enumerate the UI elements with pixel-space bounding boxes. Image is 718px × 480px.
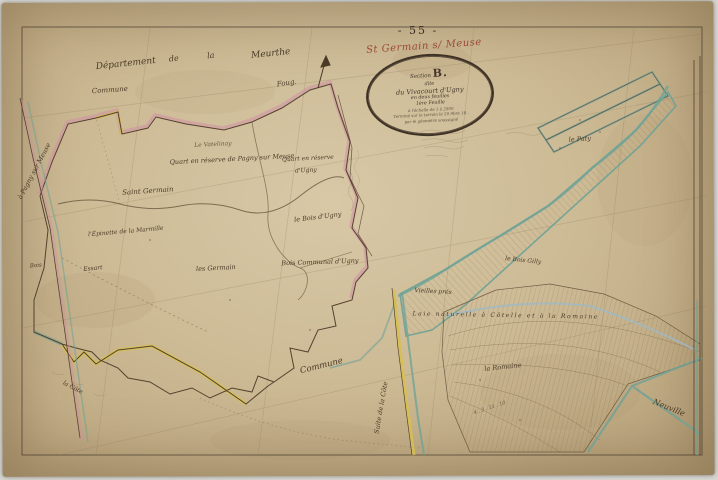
cartouche-section-word: Section — [410, 73, 431, 80]
map-label-quart-ugny-1: Quart en réserve — [282, 154, 334, 164]
map-label-quart-pagny: Quart en réserve de Pagny sur Meuse — [169, 152, 294, 167]
road-right-edge — [694, 56, 700, 455]
la-word: la — [207, 51, 215, 61]
cadastral-map-sheet: Département de la Meurthe Commune Foug. … — [0, 0, 718, 480]
map-label-suite-cote: Suite de la Côte — [373, 381, 390, 434]
map-label-commune-script: Commune — [299, 356, 344, 376]
sheet-number: - 55 - — [388, 24, 448, 37]
map-label-le-paty: le Paty — [568, 134, 591, 144]
cartouche-section-letter: B. — [432, 66, 448, 80]
map-label-bois-communal: Bois Communal d'Ugny — [280, 257, 359, 268]
commune-name: Foug. — [275, 78, 297, 89]
map-label-bois: Bois — [29, 262, 43, 269]
map-label-les-germain: les Germain — [196, 263, 236, 273]
map-label-essart: Essart — [82, 264, 104, 273]
commune-word: Commune — [92, 85, 128, 95]
boundary-band-yellow — [62, 344, 246, 404]
map-label-epinette: l'Épinette de la Marmille — [88, 224, 165, 239]
map-label-vatelinay: Le Vatelinay — [193, 140, 232, 149]
map-label-quart-ugny-2: d'Ugny — [295, 166, 318, 174]
map-label-neuville: Neuville — [651, 397, 687, 418]
de-word: de — [168, 53, 179, 63]
map-canvas: Département de la Meurthe Commune Foug. … — [0, 0, 718, 480]
map-label-bois-ugny: le Bois d'Ugny — [294, 210, 343, 224]
departement-word: Département — [94, 55, 156, 72]
departement-name: Meurthe — [250, 47, 291, 61]
